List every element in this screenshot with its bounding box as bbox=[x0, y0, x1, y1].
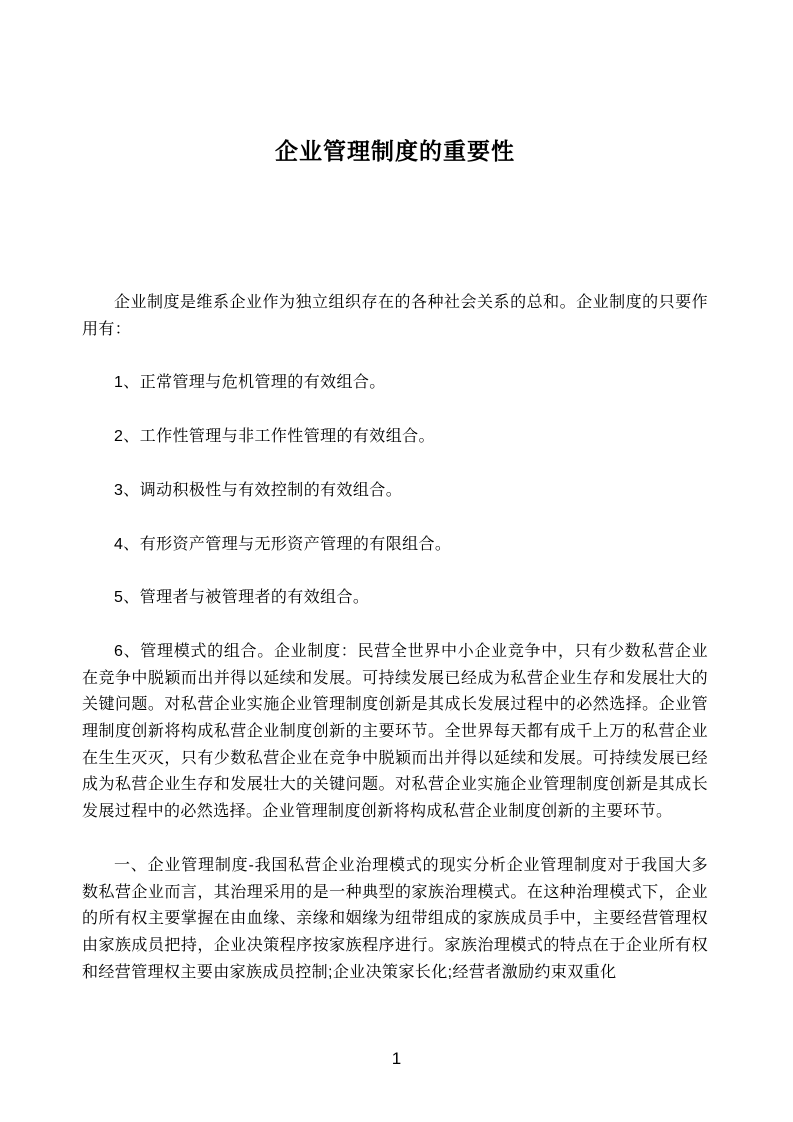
document-page: 企业管理制度的重要性 企业制度是维系企业作为独立组织存在的各种社会关系的总和。企… bbox=[0, 0, 793, 1122]
document-title: 企业管理制度的重要性 bbox=[82, 136, 708, 166]
paragraph-6: 6、管理模式的组合。企业制度：民营全世界中小企业竞争中，只有少数私营企业在竞争中… bbox=[82, 639, 708, 826]
list-item-1: 1、正常管理与危机管理的有效组合。 bbox=[82, 370, 708, 397]
section-1-paragraph: 一、企业管理制度-我国私营企业治理模式的现实分析企业管理制度对于我国大多数私营企… bbox=[82, 853, 708, 987]
list-item-4: 4、有形资产管理与无形资产管理的有限组合。 bbox=[82, 532, 708, 559]
list-item-5: 5、管理者与被管理者的有效组合。 bbox=[82, 585, 708, 612]
document-content: 企业管理制度的重要性 企业制度是维系企业作为独立组织存在的各种社会关系的总和。企… bbox=[0, 0, 793, 986]
intro-paragraph: 企业制度是维系企业作为独立组织存在的各种社会关系的总和。企业制度的只要作用有： bbox=[82, 290, 708, 343]
list-item-2: 2、工作性管理与非工作性管理的有效组合。 bbox=[82, 424, 708, 451]
page-number: 1 bbox=[0, 1048, 793, 1070]
list-item-3: 3、调动积极性与有效控制的有效组合。 bbox=[82, 478, 708, 505]
